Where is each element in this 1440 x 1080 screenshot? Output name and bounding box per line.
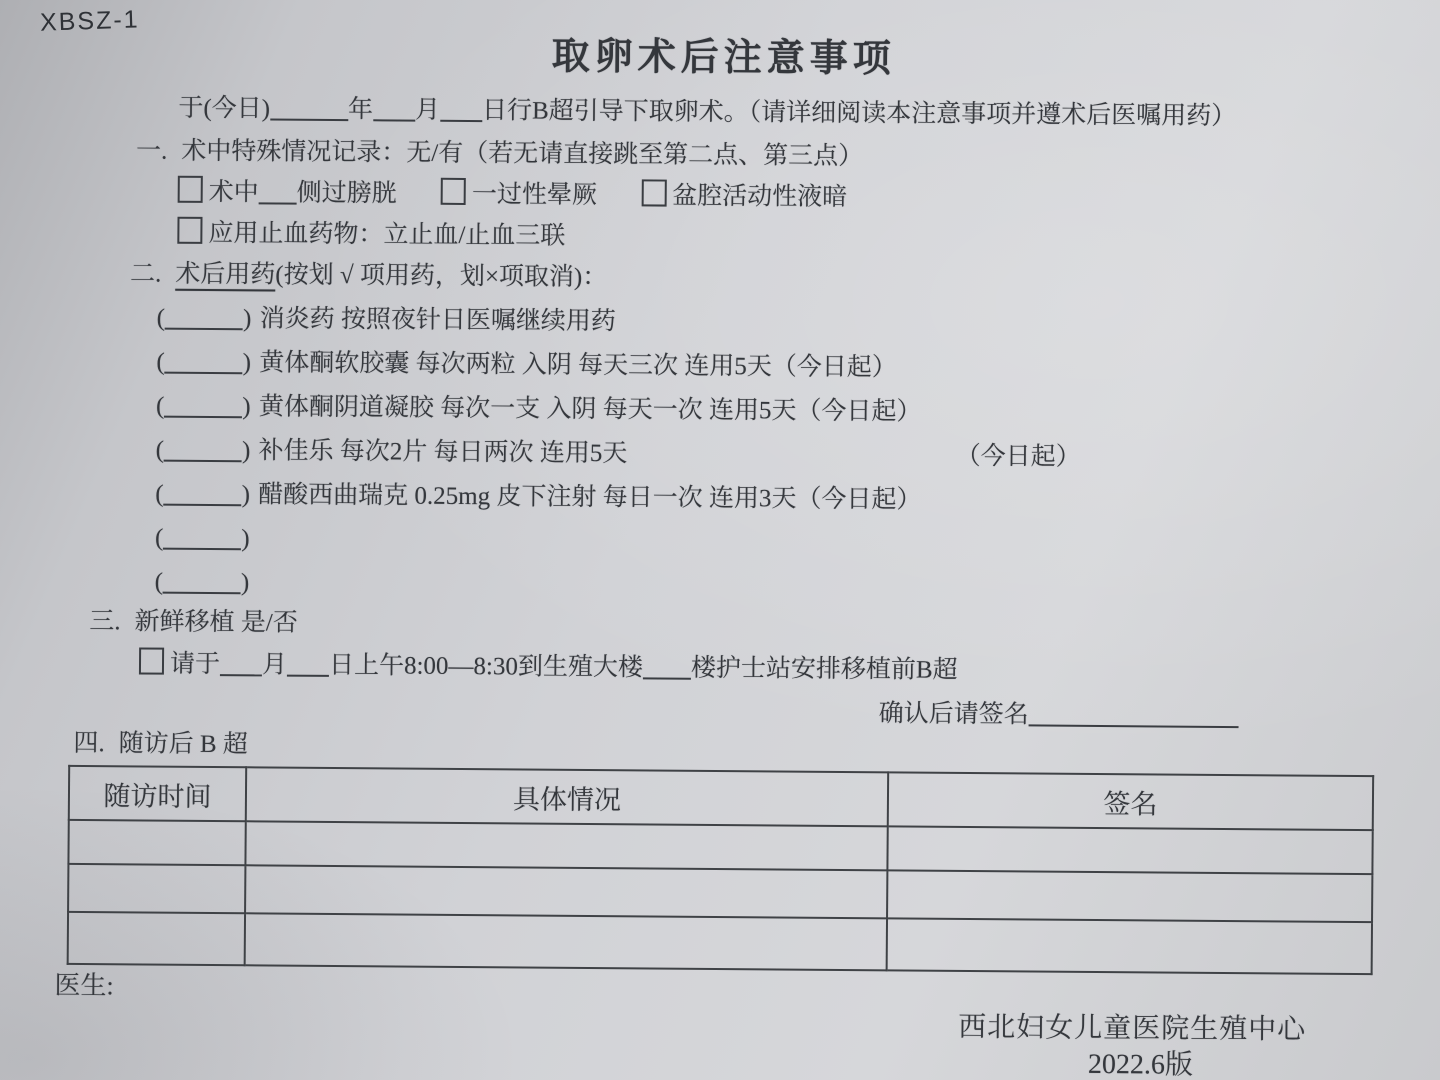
paren-close: ) xyxy=(241,525,250,552)
med-7-mark-blank[interactable] xyxy=(163,567,241,595)
section3-appointment-line: 请于月日上午8:00—8:30到生殖大楼楼护士站安排移植前B超 xyxy=(139,647,1439,691)
page-title: 取卵术后注意事项 xyxy=(4,26,1440,89)
intro-month-label: 月 xyxy=(415,97,440,124)
section2-number: 二. xyxy=(130,260,161,287)
section4-heading-text: 随访后 B 超 xyxy=(119,730,248,758)
doctor-label: 医生: xyxy=(54,969,1436,1014)
paren-open: ( xyxy=(156,349,165,376)
option-pelvic-fluid: 盆腔活动性液暗 xyxy=(641,182,847,211)
med-line-7: () xyxy=(155,566,1440,610)
section1-options-row2: 应用止血药物：立止血/止血三联 xyxy=(177,217,1440,261)
paper-sheet: XBSZ-1 取卵术后注意事项 于(今日)年月日行B超引导下取卵术。（请详细阅读… xyxy=(0,0,1440,1080)
appt-p2: 月 xyxy=(262,651,287,678)
med-6-mark-blank[interactable] xyxy=(163,523,241,551)
med-1-mark-blank[interactable] xyxy=(165,303,243,331)
section1-number: 一. xyxy=(136,137,167,164)
med-line-2: () 黄体酮软胶囊 每次两粒 入阴 每天三次 连用5天（今日起） xyxy=(156,346,1440,390)
option-syncope: 一过性晕厥 xyxy=(441,181,597,209)
appt-p4: 楼护士站安排移植前B超 xyxy=(691,655,958,684)
col-header-details: 具体情况 xyxy=(246,767,888,826)
paren-close: ) xyxy=(243,305,252,332)
med-4-mark-blank[interactable] xyxy=(164,435,242,463)
med-5-mark-blank[interactable] xyxy=(164,479,242,507)
appt-floor-blank[interactable] xyxy=(643,652,691,679)
cell-signature[interactable] xyxy=(887,826,1372,874)
month-blank[interactable] xyxy=(373,94,415,121)
intro-line: 于(今日)年月日行B超引导下取卵术。（请详细阅读本注意事项并遵术后医嘱用药） xyxy=(178,92,1440,136)
appt-p3: 日上午8:00—8:30到生殖大楼 xyxy=(329,652,643,681)
appt-day-blank[interactable] xyxy=(287,650,329,677)
intro-note: （请详细阅读本注意事项并遵术后医嘱用药） xyxy=(749,99,1237,130)
section3-heading: 三.新鲜移植 是/否 xyxy=(89,605,1439,650)
med-line-4: () 补佳乐 每次2片 每日两次 连用5天 （今日起） xyxy=(156,434,1440,478)
med-line-6: () xyxy=(155,522,1440,566)
confirm-label: 确认后请签名 xyxy=(879,700,1029,728)
paren-close: ) xyxy=(243,349,252,376)
paren-close: ) xyxy=(242,481,251,508)
section1-options-row1: 术中侧过膀胱 一过性晕厥 盆腔活动性液暗 xyxy=(178,176,1440,220)
appointment-checkbox[interactable] xyxy=(139,647,164,674)
form-code: XBSZ-1 xyxy=(40,5,140,37)
cell-signature[interactable] xyxy=(887,870,1372,922)
paren-close: ) xyxy=(242,393,251,420)
section2-heading: 二.术后用药(按划 √ 项用药，划×项取消)： xyxy=(130,257,1440,301)
col-header-followup-time: 随访时间 xyxy=(69,766,246,821)
section2-heading-rest: (按划 √ 项用药，划×项取消)： xyxy=(275,262,607,292)
paren-open: ( xyxy=(155,525,164,552)
pelvic-fluid-label: 盆腔活动性液暗 xyxy=(672,183,847,211)
cell-details[interactable] xyxy=(245,821,887,870)
day-blank[interactable] xyxy=(440,95,482,122)
section1-heading-text: 术中特殊情况记录：无/有（若无请直接跳至第二点、第三点） xyxy=(181,138,863,170)
intro-main: 日行B超引导下取卵术。 xyxy=(482,97,749,126)
bladder-checkbox[interactable] xyxy=(178,176,203,203)
intro-year-label: 年 xyxy=(348,96,373,123)
paren-open: ( xyxy=(155,569,164,596)
pelvic-fluid-checkbox[interactable] xyxy=(641,179,666,206)
med-2-text: 黄体酮软胶囊 每次两粒 入阴 每天三次 连用5天（今日起） xyxy=(259,349,897,381)
cell-signature[interactable] xyxy=(887,918,1372,974)
med-3-text: 黄体酮阴道凝胶 每次一支 入阴 每天一次 连用5天（今日起） xyxy=(259,393,922,425)
med-1-text: 消炎药 按照夜针日医嘱继续用药 xyxy=(260,305,616,335)
med-4-right-note: （今日起） xyxy=(956,440,1081,475)
col-header-signature: 签名 xyxy=(888,772,1373,830)
paren-close: ) xyxy=(241,569,250,596)
followup-table: 随访时间 具体情况 签名 xyxy=(67,765,1375,975)
med-line-3: () 黄体酮阴道凝胶 每次一支 入阴 每天一次 连用5天（今日起） xyxy=(156,390,1440,434)
med-line-1: () 消炎药 按照夜针日医嘱继续用药 xyxy=(157,302,1440,346)
form-version: 2022.6版 xyxy=(1088,1047,1436,1080)
paren-open: ( xyxy=(157,305,166,332)
photographed-form: XBSZ-1 取卵术后注意事项 于(今日)年月日行B超引导下取卵术。（请详细阅读… xyxy=(0,0,1440,1080)
paren-open: ( xyxy=(156,393,165,420)
cell-followup-time[interactable] xyxy=(68,912,245,965)
med-5-text: 醋酸西曲瑞克 0.25mg 皮下注射 每日一次 连用3天（今日起） xyxy=(258,481,921,513)
cell-details[interactable] xyxy=(245,913,887,970)
table-row xyxy=(68,912,1372,974)
hemostatic-checkbox[interactable] xyxy=(177,217,202,244)
appt-p1: 请于 xyxy=(170,651,220,678)
section2-heading-underlined: 术后用药 xyxy=(175,261,275,289)
med-line-5: () 醋酸西曲瑞克 0.25mg 皮下注射 每日一次 连用3天（今日起） xyxy=(155,478,1440,522)
cell-followup-time[interactable] xyxy=(68,864,245,913)
med-4-text: 补佳乐 每次2片 每日两次 连用5天 xyxy=(258,437,627,467)
hospital-center-name: 西北妇女儿童医院生殖中心 xyxy=(958,1010,1436,1050)
hemostatic-label: 应用止血药物：立止血/止血三联 xyxy=(208,220,565,250)
confirm-signature-blank[interactable] xyxy=(1029,699,1239,728)
med-3-mark-blank[interactable] xyxy=(164,391,242,419)
paren-close: ) xyxy=(242,437,251,464)
confirm-signature-line: 确认后请签名 xyxy=(879,697,1439,735)
section1-heading: 一.术中特殊情况记录：无/有（若无请直接跳至第二点、第三点） xyxy=(136,134,1440,178)
cell-details[interactable] xyxy=(245,865,887,918)
med-2-mark-blank[interactable] xyxy=(165,347,243,375)
appt-month-blank[interactable] xyxy=(220,649,262,676)
year-blank[interactable] xyxy=(270,93,348,121)
section3-number: 三. xyxy=(89,608,120,635)
option-bladder: 术中侧过膀胱 xyxy=(178,179,397,208)
syncope-label: 一过性晕厥 xyxy=(472,181,597,209)
section4-number: 四. xyxy=(73,730,104,757)
paren-open: ( xyxy=(156,437,165,464)
bladder-label-post: 侧过膀胱 xyxy=(297,180,397,208)
syncope-checkbox[interactable] xyxy=(441,178,466,205)
bladder-side-blank[interactable] xyxy=(259,177,297,204)
intro-prefix: 于(今日) xyxy=(178,95,270,123)
paren-open: ( xyxy=(155,481,164,508)
bladder-label-pre: 术中 xyxy=(209,179,259,206)
cell-followup-time[interactable] xyxy=(68,820,245,865)
section3-heading-text: 新鲜移植 是/否 xyxy=(134,608,297,636)
